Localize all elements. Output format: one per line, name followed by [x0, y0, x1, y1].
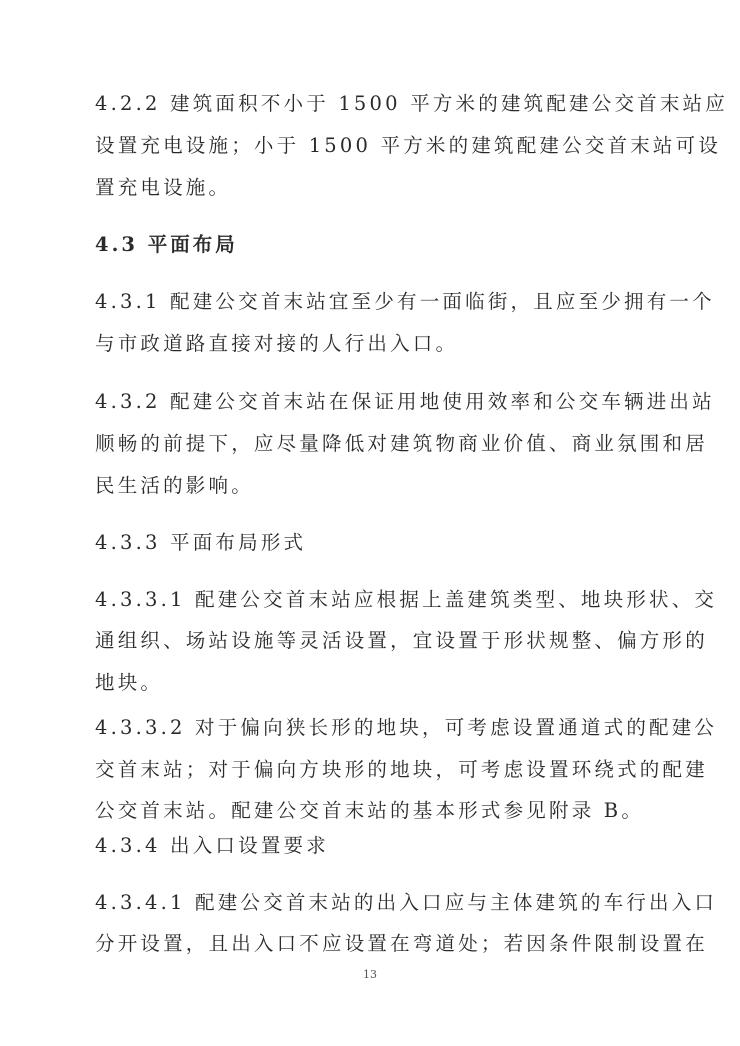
document-page: 4.2.2 建筑面积不小于 1500 平方米的建筑配建公交首末站应 设置充电设施… — [0, 0, 740, 1046]
clause-4-3-4-heading: 4.3.4 出入口设置要求 — [95, 834, 329, 858]
clause-4-3-2-line-2: 顺畅的前提下，应尽量降低对建筑物商业价值、商业氛围和居 — [95, 432, 708, 456]
clause-4-2-2-line-2: 设置充电设施；小于 1500 平方米的建筑配建公交首末站可设 — [95, 134, 721, 158]
clause-4-3-4-1-line-1: 4.3.4.1 配建公交首末站的出入口应与主体建筑的车行出入口 — [95, 891, 717, 915]
clause-4-3-3-1-line-1: 4.3.3.1 配建公交首末站应根据上盖建筑类型、地块形状、交 — [95, 588, 717, 612]
clause-4-3-1-line-1: 4.3.1 配建公交首末站宜至少有一面临街，且应至少拥有一个 — [95, 290, 715, 314]
section-heading-4-3: 4.3 平面布局 — [95, 233, 238, 257]
clause-4-3-2-line-3: 民生活的影响。 — [95, 474, 254, 498]
page-number: 13 — [0, 968, 740, 981]
clause-4-3-3-2-line-2: 交首末站；对于偏向方块形的地块，可考虑设置环绕式的配建 — [95, 758, 708, 782]
clause-4-2-2-line-3: 置充电设施。 — [95, 176, 231, 200]
clause-4-3-3-heading: 4.3.3 平面布局形式 — [95, 531, 306, 555]
clause-4-3-1-line-2: 与市政道路直接对接的人行出入口。 — [95, 332, 458, 356]
clause-4-3-3-2-line-1: 4.3.3.2 对于偏向狭长形的地块，可考虑设置通道式的配建公 — [95, 716, 717, 740]
clause-4-3-3-2-line-3: 公交首末站。配建公交首末站的基本形式参见附录 B。 — [95, 799, 644, 823]
clause-4-2-2-line-1: 4.2.2 建筑面积不小于 1500 平方米的建筑配建公交首末站应 — [95, 92, 728, 116]
clause-4-3-4-1-line-2: 分开设置，且出入口不应设置在弯道处；若因条件限制设置在 — [95, 932, 708, 956]
clause-4-3-3-1-line-3: 地块。 — [95, 671, 163, 695]
clause-4-3-2-line-1: 4.3.2 配建公交首末站在保证用地使用效率和公交车辆进出站 — [95, 390, 715, 414]
clause-4-3-3-1-line-2: 通组织、场站设施等灵活设置，宜设置于形状规整、偏方形的 — [95, 629, 708, 653]
